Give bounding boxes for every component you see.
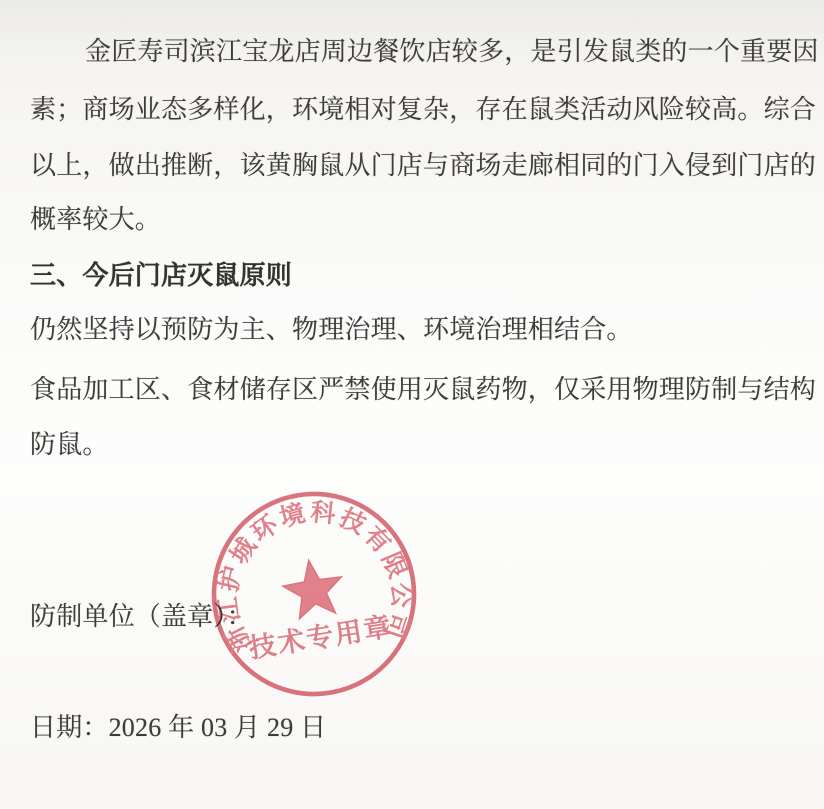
rule-line: 食品加工区、食材储存区严禁使用灭鼠药物，仅采用物理防制与结构 — [30, 370, 816, 410]
document-page: { "page": { "background_color": "#f5f4f2… — [0, 0, 824, 809]
rule-line: 防鼠。 — [30, 425, 109, 465]
company-seal-stamp: 浙江护城环境科技有限公司 技术专用章 — [207, 487, 421, 701]
seal-type-text: 技术专用章 — [247, 610, 395, 663]
paragraph-line: 概率较大。 — [30, 200, 161, 240]
paragraph-line: 素；商场业态多样化，环境相对复杂，存在鼠类活动风险较高。综合 — [30, 90, 816, 130]
date-line: 日期：2026 年 03 月 29 日 — [30, 708, 326, 748]
paragraph-line: 以上，做出推断，该黄胸鼠从门店与商场走廊相同的门入侵到门店的 — [30, 146, 816, 186]
paragraph-line: 金匠寿司滨江宝龙店周边餐饮店较多，是引发鼠类的一个重要因 — [85, 32, 819, 72]
principle-line: 仍然坚持以预防为主、物理治理、环境治理相结合。 — [30, 310, 633, 350]
section-heading: 三、今后门店灭鼠原则 — [30, 256, 292, 296]
red-star-icon — [280, 556, 347, 621]
